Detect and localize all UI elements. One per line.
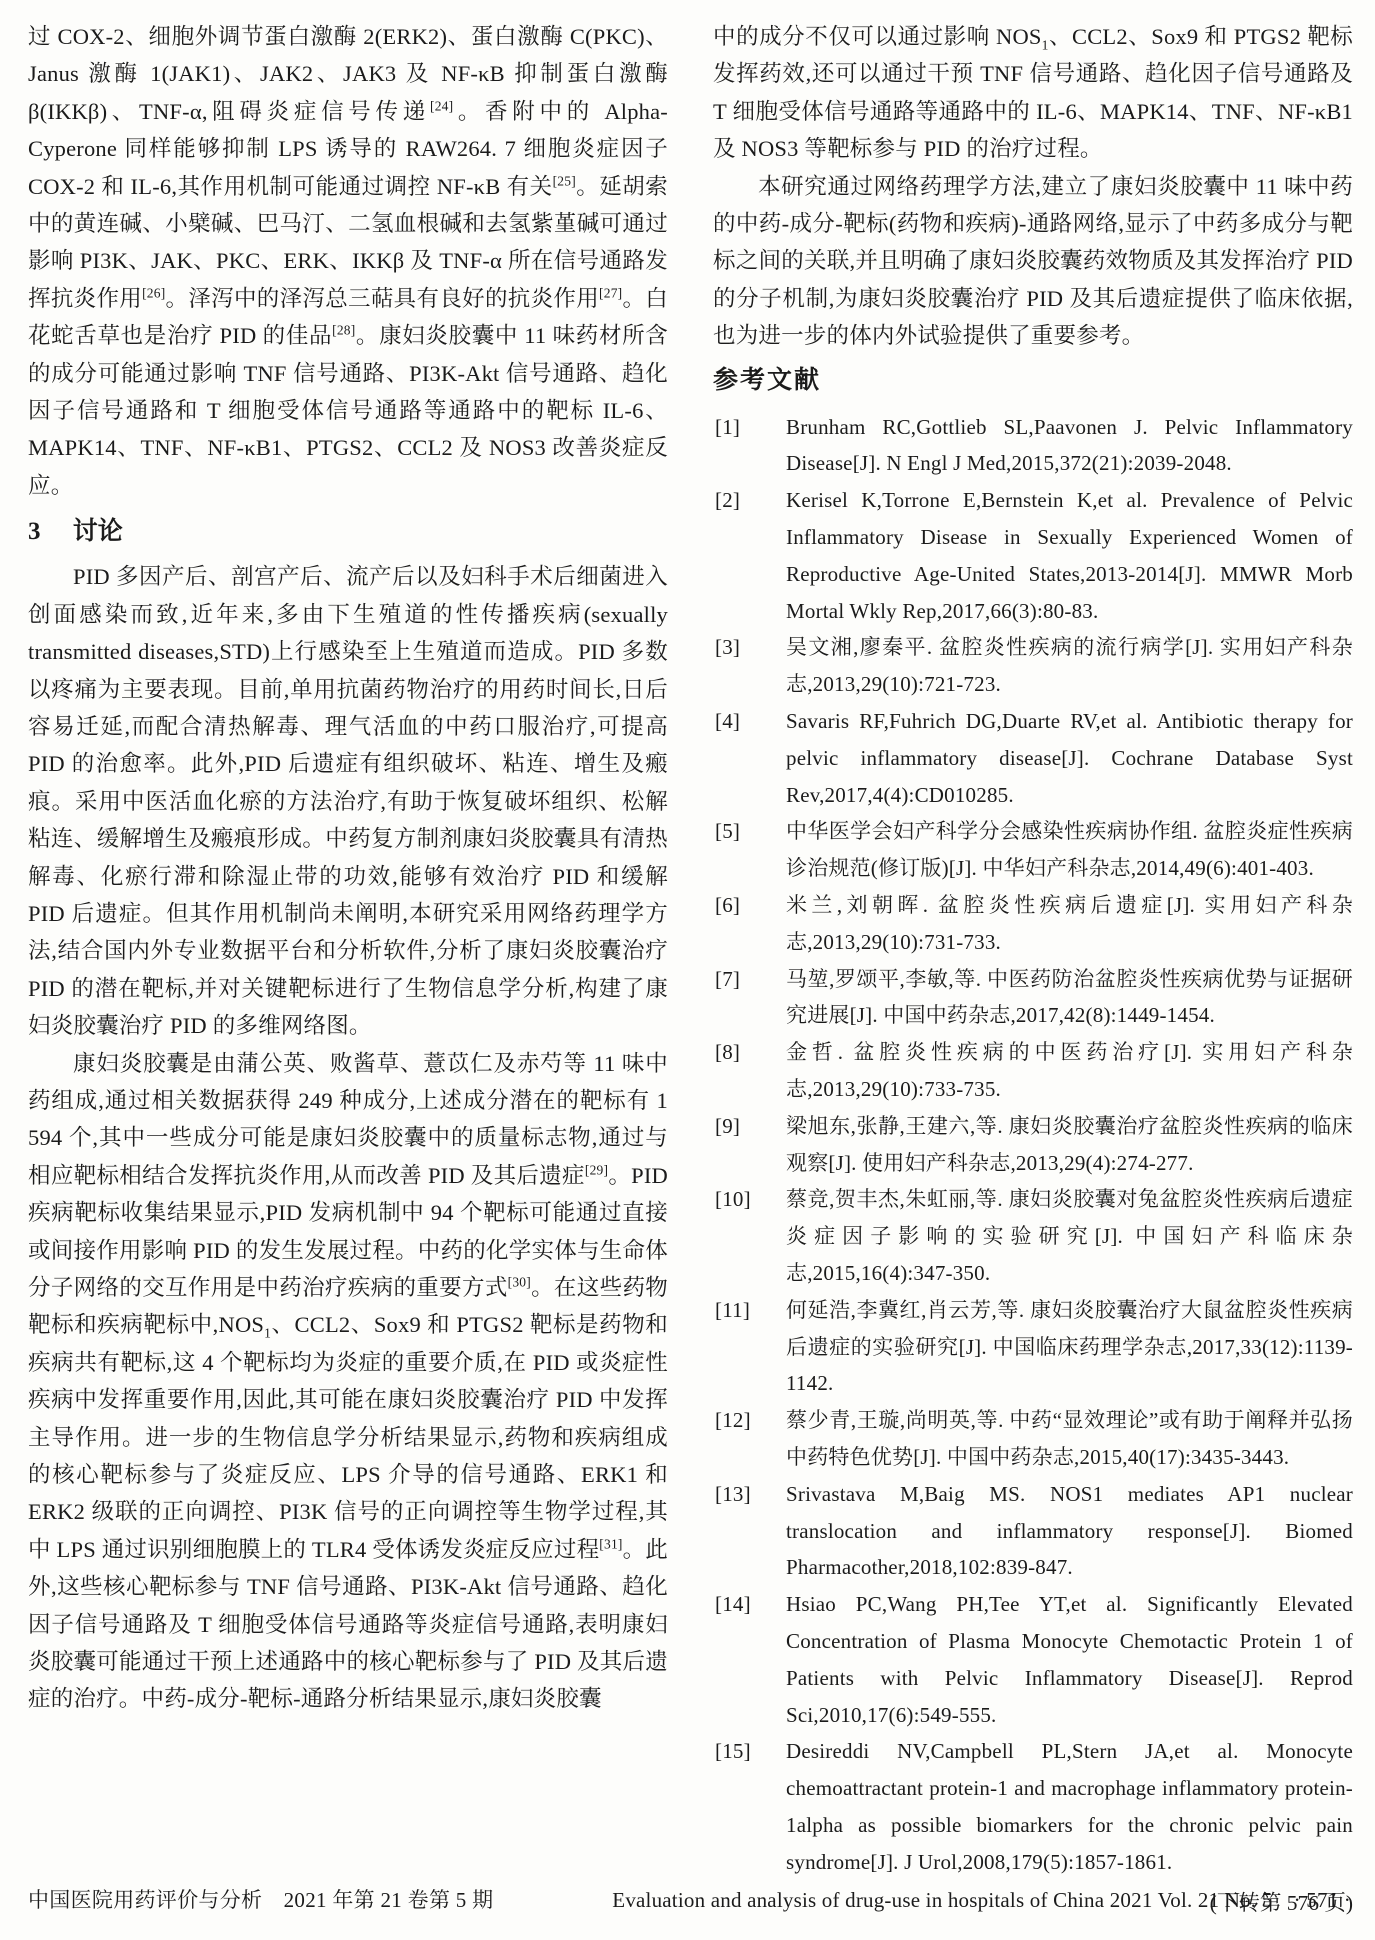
- reference-number: [2]: [715, 482, 740, 519]
- reference-item: [9]梁旭东,张静,王建六,等. 康妇炎胶囊治疗盆腔炎性疾病的临床观察[J]. …: [713, 1108, 1353, 1182]
- reference-text: 蔡少青,王璇,尚明英,等. 中药“显效理论”或有助于阐释并弘扬中药特色优势[J]…: [786, 1408, 1353, 1469]
- two-column-layout: 过 COX-2、细胞外调节蛋白激酶 2(ERK2)、蛋白激酶 C(PKC)、Ja…: [0, 0, 1375, 1922]
- reference-item: [12]蔡少青,王璇,尚明英,等. 中药“显效理论”或有助于阐释并弘扬中药特色优…: [713, 1402, 1353, 1476]
- reference-number: [12]: [715, 1402, 751, 1439]
- paragraph-study-conclusion: 本研究通过网络药理学方法,建立了康妇炎胶囊中 11 味中药的中药-成分-靶标(药…: [713, 168, 1353, 355]
- reference-item: [15]Desireddi NV,Campbell PL,Stern JA,et…: [713, 1733, 1353, 1880]
- reference-text: 金哲. 盆腔炎性疾病的中医药治疗[J]. 实用妇产科杂志,2013,29(10)…: [786, 1040, 1353, 1101]
- reference-number: [15]: [715, 1733, 751, 1770]
- reference-item: [6]米兰,刘朝晖. 盆腔炎性疾病后遗症[J]. 实用妇产科杂志,2013,29…: [713, 887, 1353, 961]
- reference-text: 米兰,刘朝晖. 盆腔炎性疾病后遗症[J]. 实用妇产科杂志,2013,29(10…: [786, 893, 1353, 954]
- reference-text: Srivastava M,Baig MS. NOS1 mediates AP1 …: [786, 1482, 1353, 1580]
- reference-text: Hsiao PC,Wang PH,Tee YT,et al. Significa…: [786, 1592, 1353, 1726]
- reference-number: [4]: [715, 703, 740, 740]
- footer-journal-title-en: Evaluation and analysis of drug-use in h…: [612, 1886, 1351, 1914]
- paper-page: 过 COX-2、细胞外调节蛋白激酶 2(ERK2)、蛋白激酶 C(PKC)、Ja…: [0, 0, 1375, 1940]
- reference-number: [8]: [715, 1034, 740, 1071]
- reference-number: [1]: [715, 409, 740, 446]
- reference-number: [13]: [715, 1476, 751, 1513]
- right-column: 中的成分不仅可以通过影响 NOS1、CCL2、Sox9 和 PTGS2 靶标发挥…: [713, 18, 1353, 1922]
- reference-item: [1]Brunham RC,Gottlieb SL,Paavonen J. Pe…: [713, 409, 1353, 483]
- section-number: 3: [28, 518, 41, 545]
- reference-item: [8]金哲. 盆腔炎性疾病的中医药治疗[J]. 实用妇产科杂志,2013,29(…: [713, 1034, 1353, 1108]
- reference-text: Desireddi NV,Campbell PL,Stern JA,et al.…: [786, 1739, 1353, 1873]
- reference-text: 蔡竞,贺丰杰,朱虹丽,等. 康妇炎胶囊对兔盆腔炎性疾病后遗症炎症因子影响的实验研…: [786, 1187, 1353, 1285]
- references-list: [1]Brunham RC,Gottlieb SL,Paavonen J. Pe…: [713, 409, 1353, 1881]
- reference-item: [11]何延浩,李冀红,肖云芳,等. 康妇炎胶囊治疗大鼠盆腔炎性疾病后遗症的实验…: [713, 1292, 1353, 1402]
- section-title: 讨论: [73, 518, 123, 545]
- reference-number: [6]: [715, 887, 740, 924]
- paragraph-pid-background: PID 多因产后、剖宫产后、流产后以及妇科手术后细菌进入创面感染而致,近年来,多…: [28, 558, 668, 1044]
- reference-text: 梁旭东,张静,王建六,等. 康妇炎胶囊治疗盆腔炎性疾病的临床观察[J]. 使用妇…: [786, 1114, 1353, 1175]
- reference-item: [4]Savaris RF,Fuhrich DG,Duarte RV,et al…: [713, 703, 1353, 813]
- reference-number: [5]: [715, 813, 740, 850]
- reference-item: [13]Srivastava M,Baig MS. NOS1 mediates …: [713, 1476, 1353, 1586]
- section-heading-discussion: 3 讨论: [28, 512, 668, 552]
- reference-item: [10]蔡竞,贺丰杰,朱虹丽,等. 康妇炎胶囊对兔盆腔炎性疾病后遗症炎症因子影响…: [713, 1181, 1353, 1291]
- reference-text: Brunham RC,Gottlieb SL,Paavonen J. Pelvi…: [786, 415, 1353, 476]
- paragraph-targets-continued: 中的成分不仅可以通过影响 NOS1、CCL2、Sox9 和 PTGS2 靶标发挥…: [713, 18, 1353, 168]
- reference-text: 马堃,罗颂平,李敏,等. 中医药防治盆腔炎性疾病优势与证据研究进展[J]. 中国…: [786, 967, 1353, 1028]
- reference-item: [5]中华医学会妇产科学分会感染性疾病协作组. 盆腔炎症性疾病诊治规范(修订版)…: [713, 813, 1353, 887]
- reference-number: [7]: [715, 961, 740, 998]
- reference-text: 吴文湘,廖秦平. 盆腔炎性疾病的流行病学[J]. 实用妇产科杂志,2013,29…: [786, 635, 1353, 696]
- reference-number: [9]: [715, 1108, 740, 1145]
- reference-number: [10]: [715, 1181, 751, 1218]
- footer-journal-title-cn: 中国医院用药评价与分析 2021 年第 21 卷第 5 期: [28, 1886, 493, 1914]
- page-footer: 中国医院用药评价与分析 2021 年第 21 卷第 5 期 Evaluation…: [28, 1886, 1351, 1914]
- left-column: 过 COX-2、细胞外调节蛋白激酶 2(ERK2)、蛋白激酶 C(PKC)、Ja…: [28, 18, 668, 1922]
- reference-item: [3]吴文湘,廖秦平. 盆腔炎性疾病的流行病学[J]. 实用妇产科杂志,2013…: [713, 629, 1353, 703]
- reference-text: 中华医学会妇产科学分会感染性疾病协作组. 盆腔炎症性疾病诊治规范(修订版)[J]…: [786, 819, 1353, 880]
- reference-number: [14]: [715, 1586, 751, 1623]
- paragraph-herb-mechanisms: 过 COX-2、细胞外调节蛋白激酶 2(ERK2)、蛋白激酶 C(PKC)、Ja…: [28, 18, 668, 504]
- reference-text: Kerisel K,Torrone E,Bernstein K,et al. P…: [786, 488, 1353, 622]
- reference-item: [2]Kerisel K,Torrone E,Bernstein K,et al…: [713, 482, 1353, 629]
- reference-item: [14]Hsiao PC,Wang PH,Tee YT,et al. Signi…: [713, 1586, 1353, 1733]
- paragraph-kangfuyan-targets: 康妇炎胶囊是由蒲公英、败酱草、薏苡仁及赤芍等 11 味中药组成,通过相关数据获得…: [28, 1045, 668, 1718]
- references-heading: 参考文献: [713, 361, 1353, 401]
- reference-number: [3]: [715, 629, 740, 666]
- reference-item: [7]马堃,罗颂平,李敏,等. 中医药防治盆腔炎性疾病优势与证据研究进展[J].…: [713, 961, 1353, 1035]
- reference-text: 何延浩,李冀红,肖云芳,等. 康妇炎胶囊治疗大鼠盆腔炎性疾病后遗症的实验研究[J…: [786, 1298, 1353, 1396]
- reference-text: Savaris RF,Fuhrich DG,Duarte RV,et al. A…: [786, 709, 1353, 807]
- reference-number: [11]: [715, 1292, 750, 1329]
